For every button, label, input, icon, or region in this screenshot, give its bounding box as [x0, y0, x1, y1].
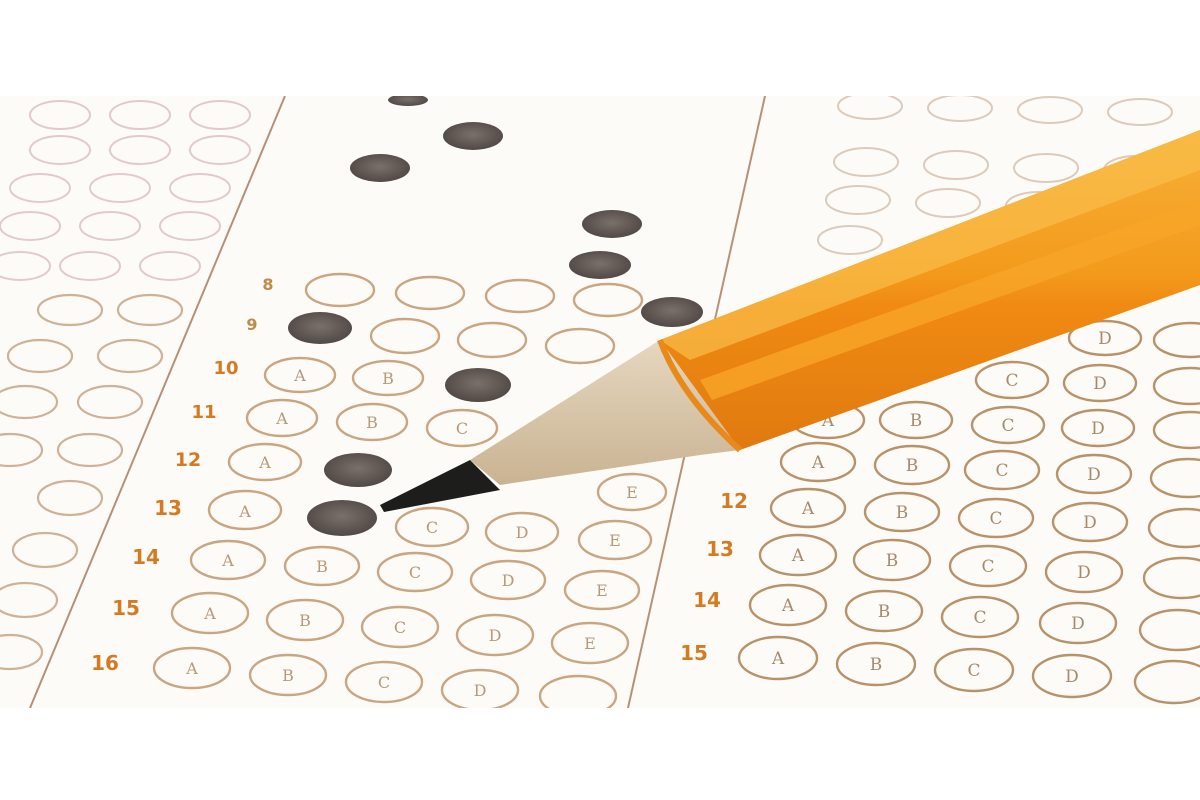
svg-text:16: 16 [91, 651, 119, 675]
svg-text:B: B [382, 369, 394, 388]
svg-text:A: A [293, 366, 306, 385]
svg-text:D: D [516, 523, 529, 542]
svg-text:B: B [299, 611, 311, 630]
pencil [380, 130, 1200, 512]
svg-text:C: C [973, 608, 986, 628]
svg-text:B: B [870, 655, 883, 675]
svg-text:A: A [801, 499, 815, 519]
svg-text:D: D [502, 571, 515, 590]
svg-text:C: C [409, 563, 421, 582]
svg-text:D: D [489, 626, 502, 645]
svg-text:B: B [878, 602, 891, 622]
svg-text:E: E [609, 531, 621, 550]
svg-text:B: B [896, 503, 909, 523]
svg-text:B: B [316, 557, 328, 576]
svg-text:A: A [791, 546, 805, 566]
svg-text:15: 15 [680, 641, 708, 665]
svg-text:D: D [1091, 419, 1105, 439]
svg-text:14: 14 [693, 588, 721, 612]
right-row-numbers: 12 13 14 15 [680, 489, 748, 665]
svg-text:D: D [1083, 513, 1097, 533]
answer-sheet-photo: AB ABC A ACDE ABCDE ABCDE ABCD E 8 9 1 [0, 96, 1200, 708]
svg-text:C: C [967, 661, 980, 681]
svg-text:D: D [474, 681, 487, 700]
svg-text:A: A [238, 502, 251, 521]
answer-sheet-illustration: AB ABC A ACDE ABCDE ABCDE ABCD E 8 9 1 [0, 96, 1200, 708]
svg-text:E: E [596, 581, 608, 600]
svg-text:A: A [203, 604, 216, 623]
svg-text:E: E [626, 483, 638, 502]
svg-text:A: A [811, 453, 825, 473]
svg-text:10: 10 [213, 358, 238, 379]
svg-text:D: D [1098, 329, 1112, 349]
svg-text:B: B [886, 551, 899, 571]
svg-text:C: C [378, 673, 390, 692]
svg-text:C: C [995, 461, 1008, 481]
svg-text:C: C [989, 509, 1002, 529]
svg-text:D: D [1087, 465, 1101, 485]
svg-text:11: 11 [191, 402, 216, 423]
svg-text:D: D [1077, 563, 1091, 583]
svg-text:13: 13 [706, 537, 734, 561]
svg-text:C: C [1001, 416, 1014, 436]
svg-text:C: C [394, 618, 406, 637]
svg-text:C: C [426, 518, 438, 537]
svg-text:9: 9 [246, 315, 257, 334]
svg-text:D: D [1093, 374, 1107, 394]
svg-text:A: A [185, 659, 198, 678]
svg-text:A: A [781, 596, 795, 616]
svg-text:E: E [584, 634, 596, 653]
svg-text:12: 12 [720, 489, 748, 513]
left-column-bubbles-lower [0, 295, 182, 669]
svg-text:D: D [1071, 614, 1085, 634]
svg-text:B: B [906, 456, 919, 476]
svg-text:C: C [456, 419, 468, 438]
svg-text:C: C [1005, 371, 1018, 391]
svg-text:A: A [221, 551, 234, 570]
svg-text:D: D [1065, 667, 1079, 687]
svg-text:B: B [282, 666, 294, 685]
svg-text:A: A [275, 409, 288, 428]
svg-text:A: A [771, 649, 785, 669]
svg-text:15: 15 [112, 596, 140, 620]
svg-text:A: A [258, 453, 271, 472]
svg-text:13: 13 [154, 496, 182, 520]
svg-text:B: B [910, 411, 923, 431]
svg-text:14: 14 [132, 545, 160, 569]
left-column-bubbles [0, 101, 250, 280]
svg-text:B: B [366, 413, 378, 432]
middle-row-numbers: 8 9 10 11 12 13 14 15 16 [91, 275, 273, 675]
svg-text:8: 8 [262, 275, 273, 294]
svg-text:C: C [981, 557, 994, 577]
svg-text:12: 12 [175, 449, 201, 471]
